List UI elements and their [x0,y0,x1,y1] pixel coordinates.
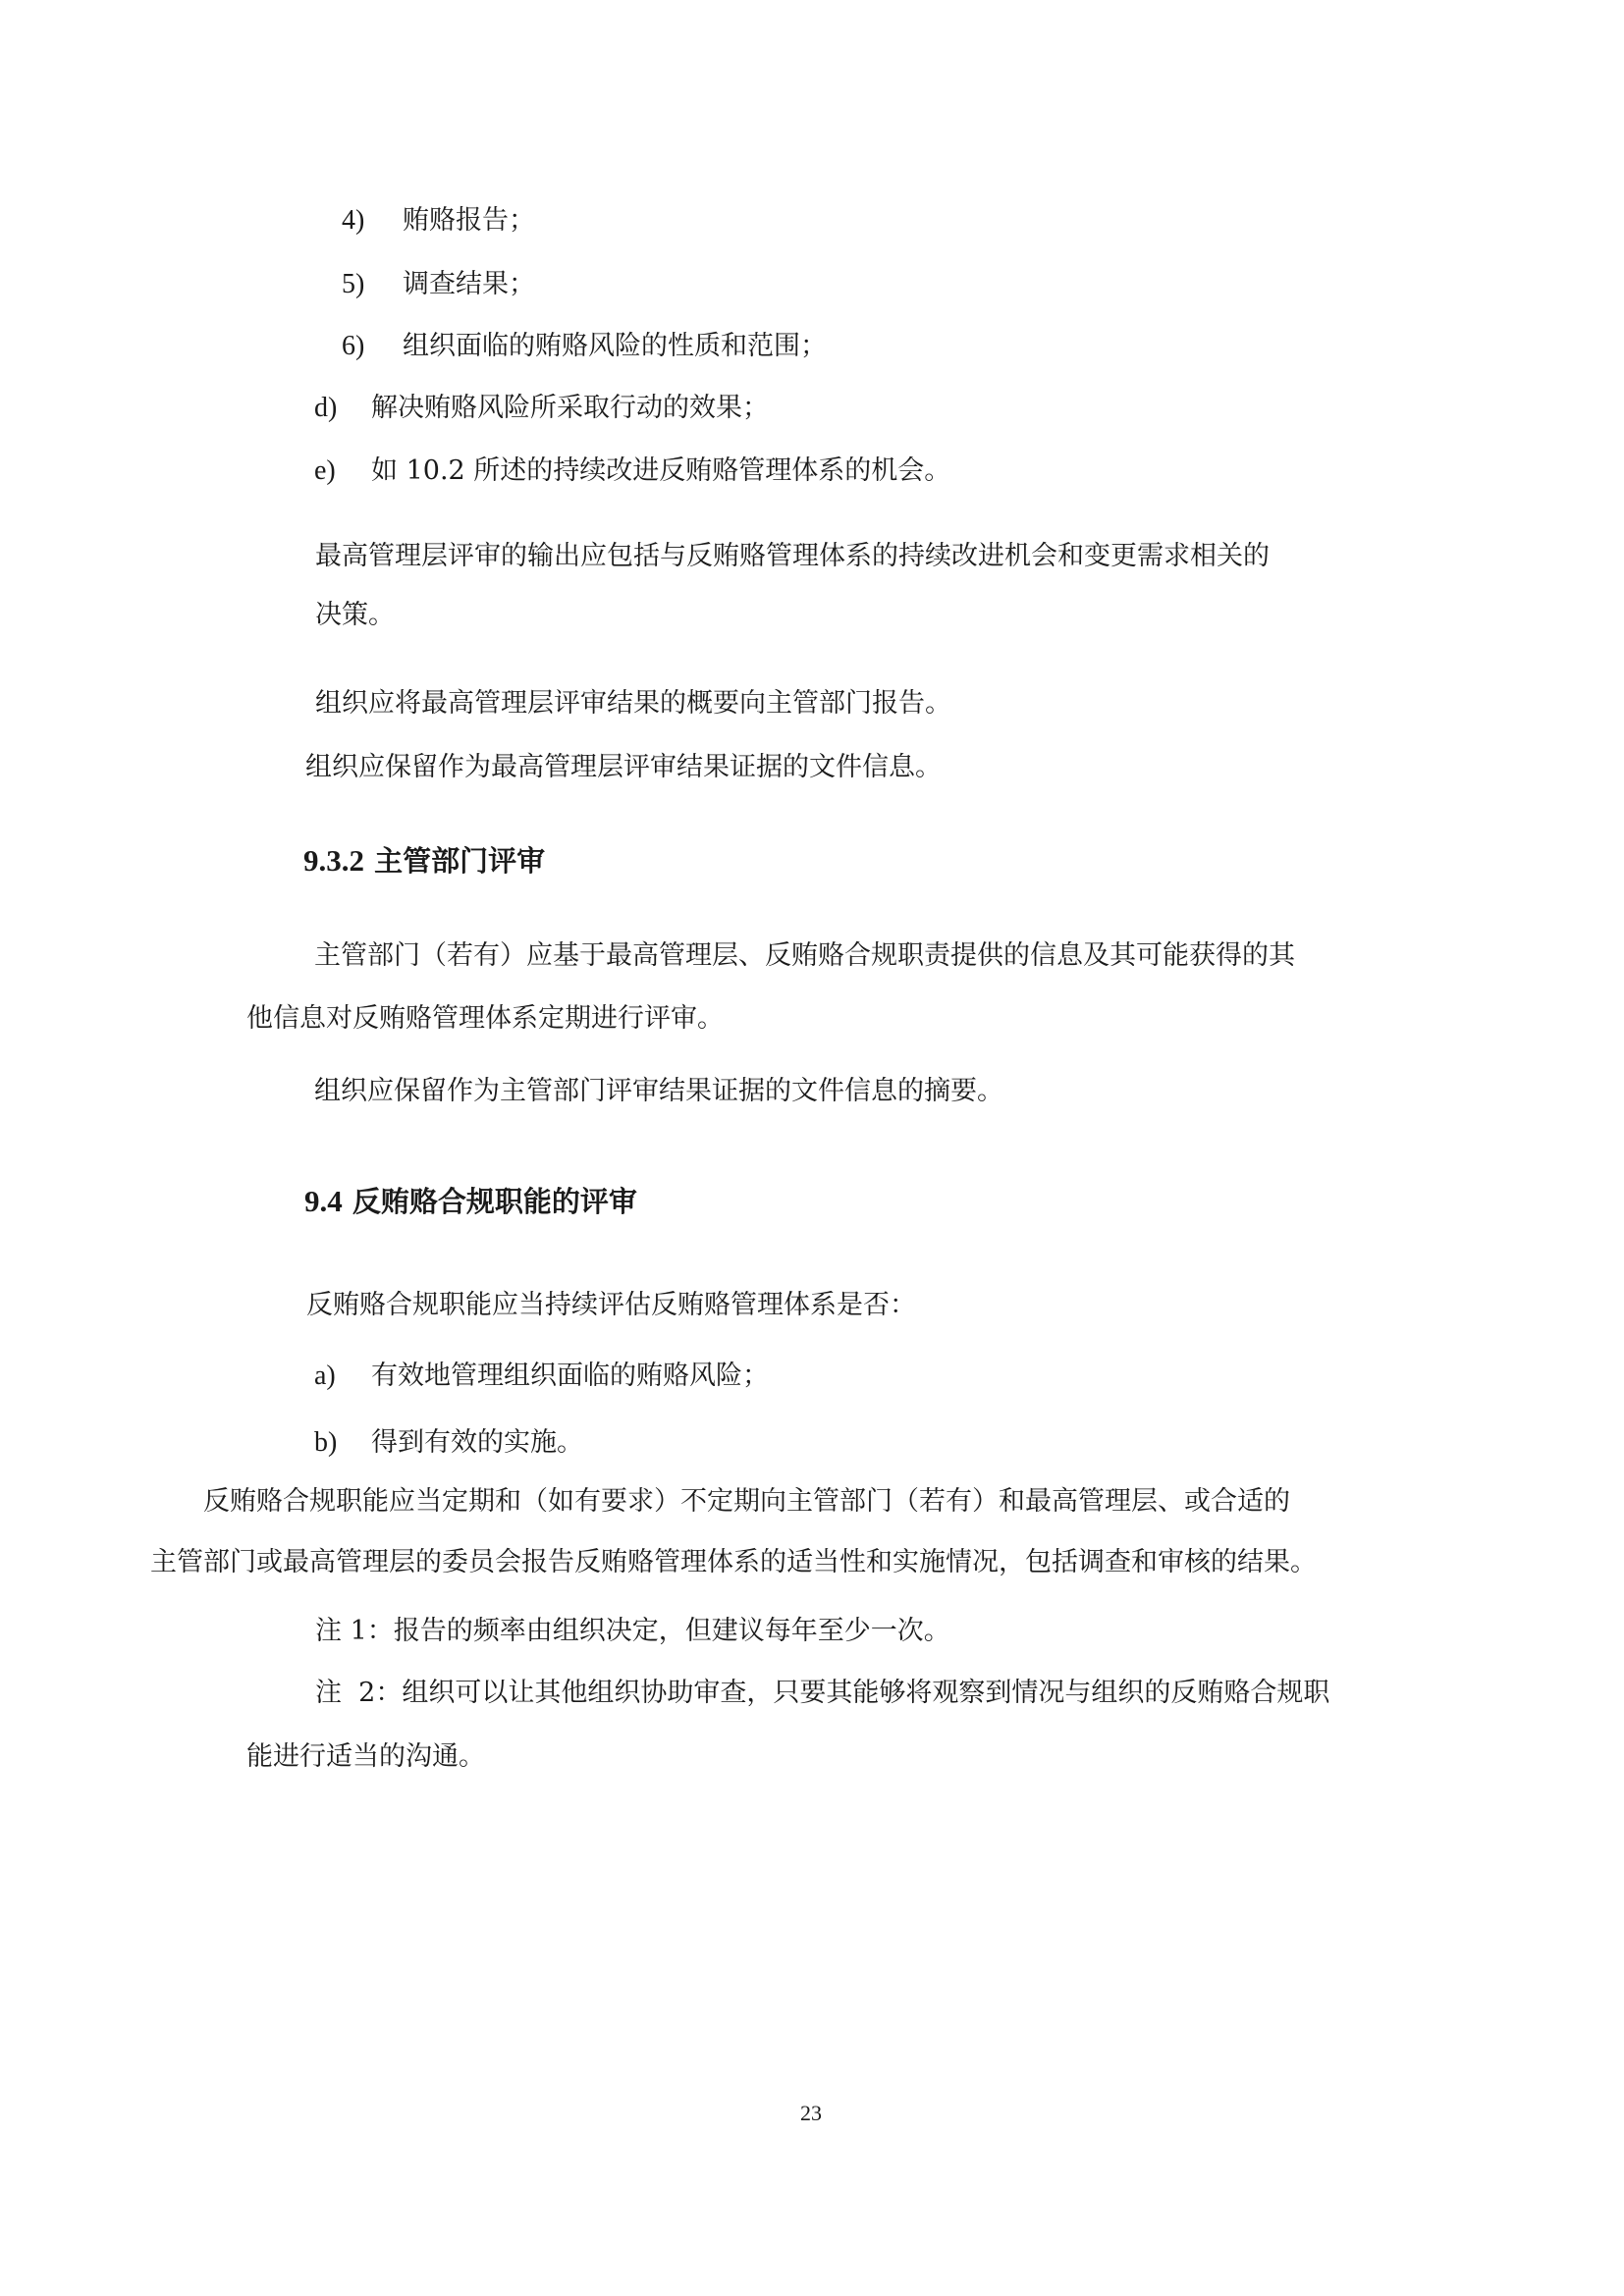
list-item-a: a)有效地管理组织面临的贿赂风险； [314,1362,769,1391]
note-2-line2: 能进行适当的沟通。 [246,1742,485,1772]
list-text: 解决贿赂风险所采取行动的效果； [371,393,769,423]
list-label: d) [314,394,371,423]
section-heading-9-4: 9.4 反贿赂合规职能的评审 [304,1185,637,1218]
list-item-5: 5)调查结果； [342,270,535,299]
list-label: 4) [342,206,403,236]
list-label: 5) [342,270,403,299]
list-item-d: d)解决贿赂风险所采取行动的效果； [314,394,769,423]
section-title: 主管部门评审 [374,844,545,878]
list-text: 组织面临的贿赂风险的性质和范围； [403,331,827,361]
page-number: 23 [800,2102,822,2125]
section-932-para1-line2: 他信息对反贿赂管理体系定期进行评审。 [246,1004,724,1034]
list-text: 有效地管理组织面临的贿赂风险； [371,1361,769,1391]
section-title: 反贿赂合规职能的评审 [352,1185,637,1218]
list-label: e) [314,456,371,486]
paragraph-output-line2: 决策。 [315,601,395,630]
list-item-6: 6)组织面临的贿赂风险的性质和范围； [342,332,827,361]
list-label: a) [314,1362,371,1391]
list-text: 得到有效的实施。 [371,1427,583,1458]
note-2-line1: 注 2：组织可以让其他组织协助审查，只要其能够将观察到情况与组织的反贿赂合规职 [315,1679,1329,1708]
list-text: 如 10.2 所述的持续改进反贿赂管理体系的机会。 [371,455,950,486]
note-1: 注 1：报告的频率由组织决定，但建议每年至少一次。 [315,1617,950,1646]
paragraph-output-line1: 最高管理层评审的输出应包括与反贿赂管理体系的持续改进机会和变更需求相关的 [315,542,1270,571]
list-text: 调查结果； [403,269,535,299]
list-item-4: 4)贿赂报告； [342,206,535,236]
section-number: 9.3.2 [303,843,364,878]
section-932-para2: 组织应保留作为主管部门评审结果证据的文件信息的摘要。 [314,1077,1003,1106]
paragraph-retain: 组织应保留作为最高管理层评审结果证据的文件信息。 [305,753,942,782]
section-94-para-line2: 主管部门或最高管理层的委员会报告反贿赂管理体系的适当性和实施情况，包括调查和审核… [150,1548,1317,1577]
paragraph-report: 组织应将最高管理层评审结果的概要向主管部门报告。 [315,689,951,719]
list-item-b: b)得到有效的实施。 [314,1428,583,1458]
section-932-para1-line1: 主管部门（若有）应基于最高管理层、反贿赂合规职责提供的信息及其可能获得的其 [314,941,1295,971]
section-94-para-line1: 反贿赂合规职能应当定期和（如有要求）不定期向主管部门（若有）和最高管理层、或合适… [203,1487,1290,1517]
list-text: 贿赂报告； [403,205,535,236]
list-label: 6) [342,332,403,361]
list-item-e: e)如 10.2 所述的持续改进反贿赂管理体系的机会。 [314,456,950,486]
section-number: 9.4 [304,1184,343,1218]
section-94-intro: 反贿赂合规职能应当持续评估反贿赂管理体系是否： [306,1291,916,1320]
section-heading-9-3-2: 9.3.2 主管部门评审 [303,844,545,878]
list-label: b) [314,1428,371,1458]
